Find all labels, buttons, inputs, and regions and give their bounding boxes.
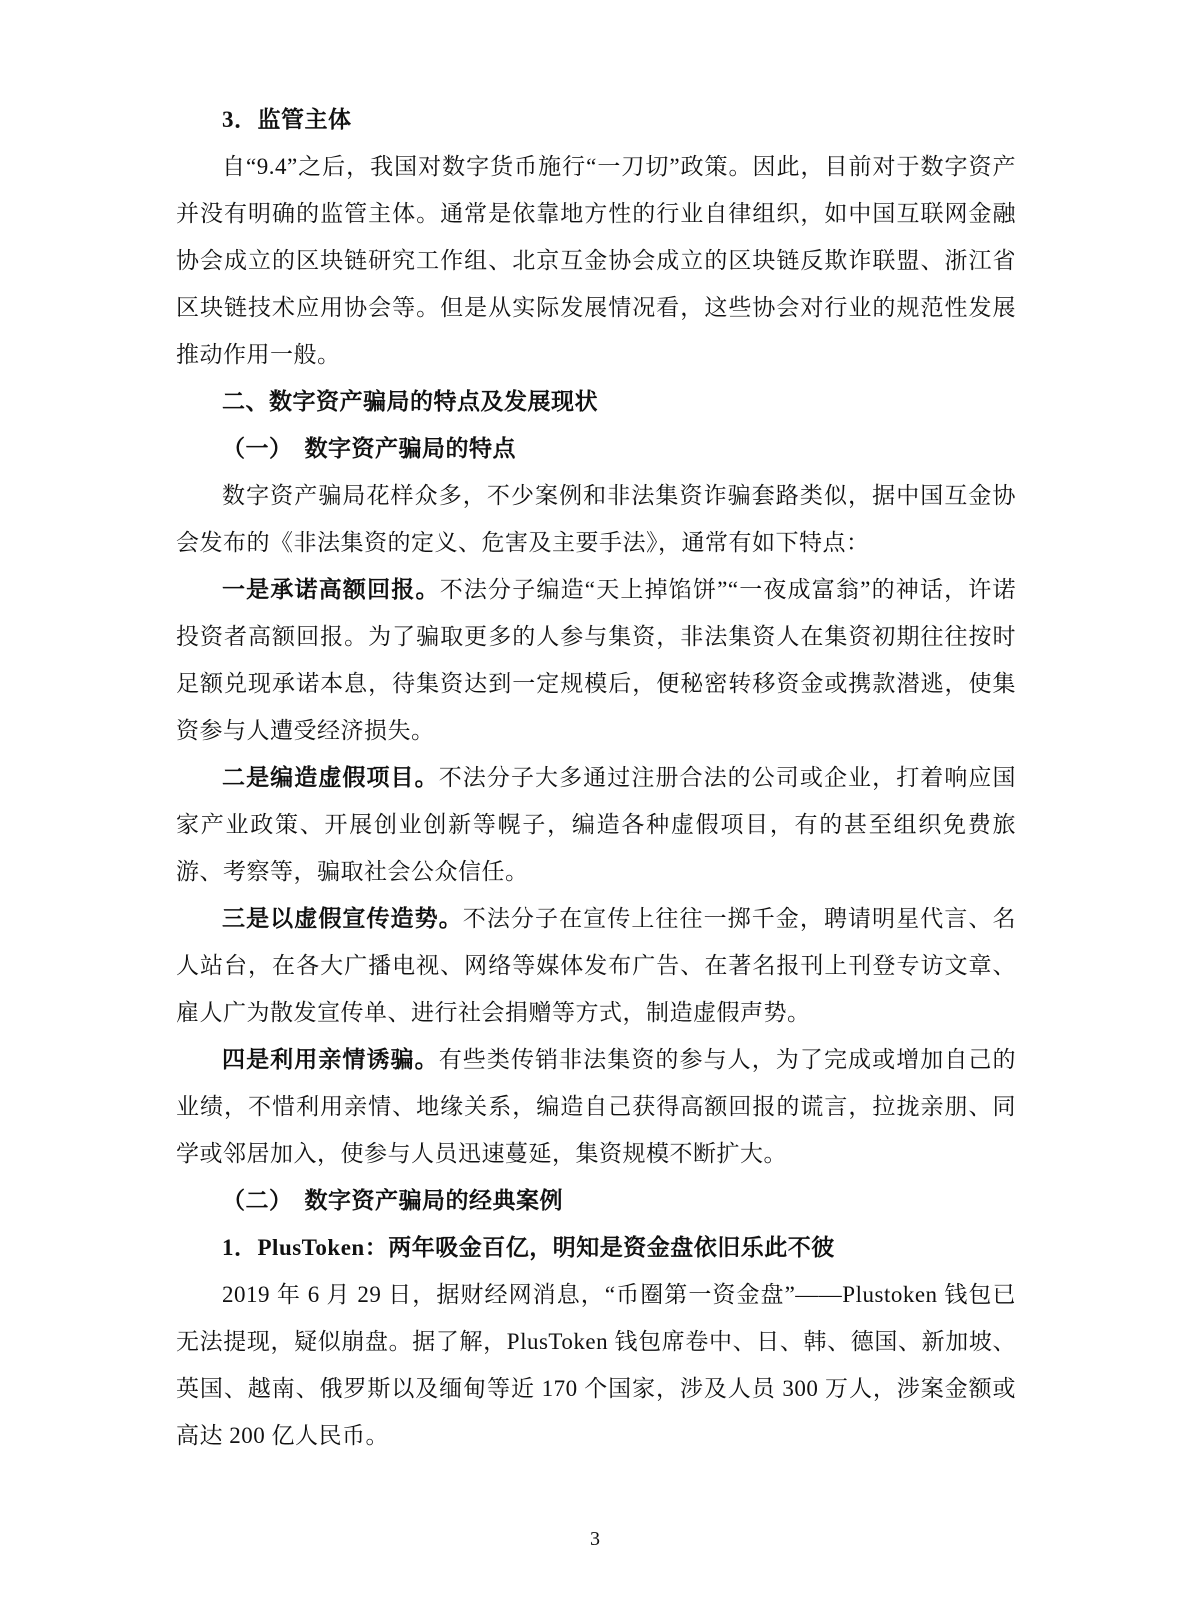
paragraph-feature-3-false-publicity: 三是以虚假宣传造势。不法分子在宣传上往往一掷千金，聘请明星代言、名人站台，在各大…: [176, 895, 1016, 1036]
paragraph-regulatory-body: 自“9.4”之后，我国对数字货币施行“一刀切”政策。因此，目前对于数字资产并没有…: [176, 143, 1016, 378]
document-body: 3．监管主体 自“9.4”之后，我国对数字货币施行“一刀切”政策。因此，目前对于…: [176, 96, 1016, 1459]
feature-1-lead: 一是承诺高额回报。: [222, 577, 440, 602]
section-heading-regulatory-body: 3．监管主体: [176, 96, 1016, 143]
paragraph-feature-1-high-returns: 一是承诺高额回报。不法分子编造“天上掉馅饼”“一夜成富翁”的神话，许诺投资者高额…: [176, 566, 1016, 754]
page-number: 3: [0, 1524, 1190, 1554]
case-heading-plustoken: 1．PlusToken：两年吸金百亿，明知是资金盘依旧乐此不彼: [176, 1224, 1016, 1271]
paragraph-scam-features-intro: 数字资产骗局花样众多，不少案例和非法集资诈骗套路类似，据中国互金协会发布的《非法…: [176, 472, 1016, 566]
section-heading-scam-features: （一） 数字资产骗局的特点: [176, 425, 1016, 472]
paragraph-feature-2-fake-projects: 二是编造虚假项目。不法分子大多通过注册合法的公司或企业，打着响应国家产业政策、开…: [176, 754, 1016, 895]
feature-4-lead: 四是利用亲情诱骗。: [222, 1047, 439, 1072]
section-heading-classic-cases: （二） 数字资产骗局的经典案例: [176, 1177, 1016, 1224]
paragraph-plustoken-case: 2019 年 6 月 29 日，据财经网消息，“币圈第一资金盘”——Plusto…: [176, 1271, 1016, 1459]
chapter-heading-scam-features-and-status: 二、数字资产骗局的特点及发展现状: [176, 378, 1016, 425]
feature-2-lead: 二是编造虚假项目。: [222, 765, 439, 790]
paragraph-feature-4-kinship-lure: 四是利用亲情诱骗。有些类传销非法集资的参与人，为了完成或增加自己的业绩，不惜利用…: [176, 1036, 1016, 1177]
document-page: 3．监管主体 自“9.4”之后，我国对数字货币施行“一刀切”政策。因此，目前对于…: [0, 0, 1190, 1624]
feature-3-lead: 三是以虚假宣传造势。: [222, 906, 463, 931]
